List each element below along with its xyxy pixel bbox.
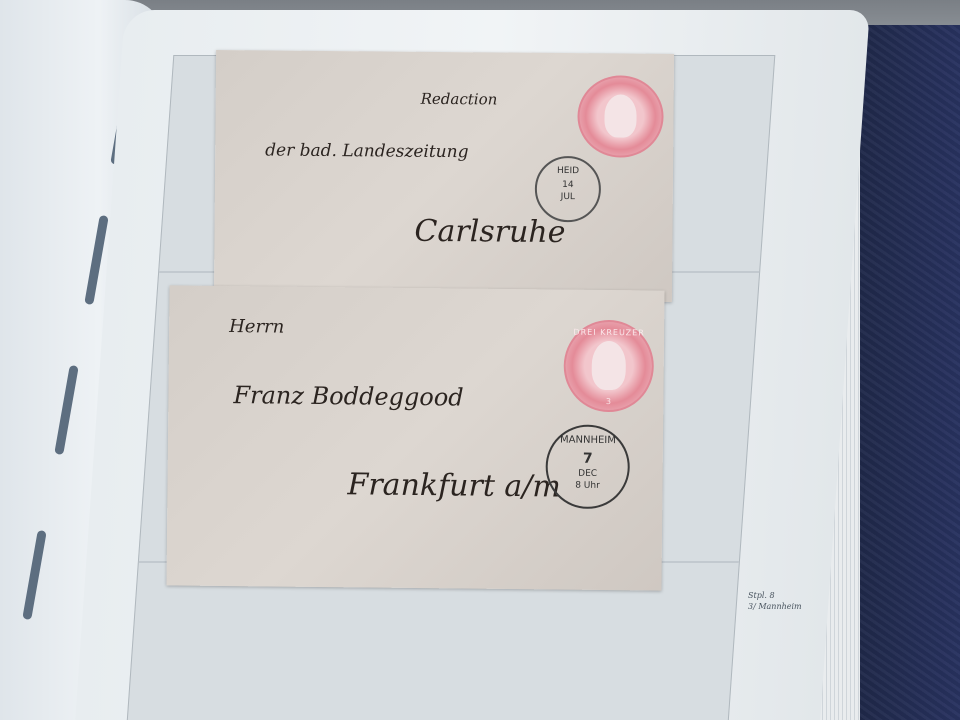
address-line: Franz Boddeggood: [233, 381, 463, 411]
embossed-stamp: DREI KREUZER 3: [563, 320, 654, 413]
embossed-stamp: [577, 75, 664, 158]
postmark: HEID 14 JUL: [535, 156, 602, 223]
address-line: Herrn: [229, 316, 284, 338]
ring-hole: [22, 530, 46, 620]
envelope-carlsruhe: Redaction der bad. Landeszeitung Carlsru…: [214, 50, 674, 302]
address-line: Frankfurt a/m: [347, 467, 561, 504]
ring-hole: [54, 365, 78, 455]
album-pencil-note: Stpl. 8 3/ Mannheim: [748, 590, 802, 612]
postmark: MANNHEIM 7 DEC 8 Uhr: [545, 424, 630, 509]
portrait-icon: [604, 95, 637, 138]
portrait-icon: [591, 341, 626, 390]
address-line: Redaction: [421, 90, 498, 109]
envelope-frankfurt: DREI KREUZER 3 Herrn Franz Boddeggood Fr…: [166, 285, 664, 590]
address-line: Carlsruhe: [414, 214, 565, 250]
address-line: der bad. Landeszeitung: [265, 140, 468, 162]
